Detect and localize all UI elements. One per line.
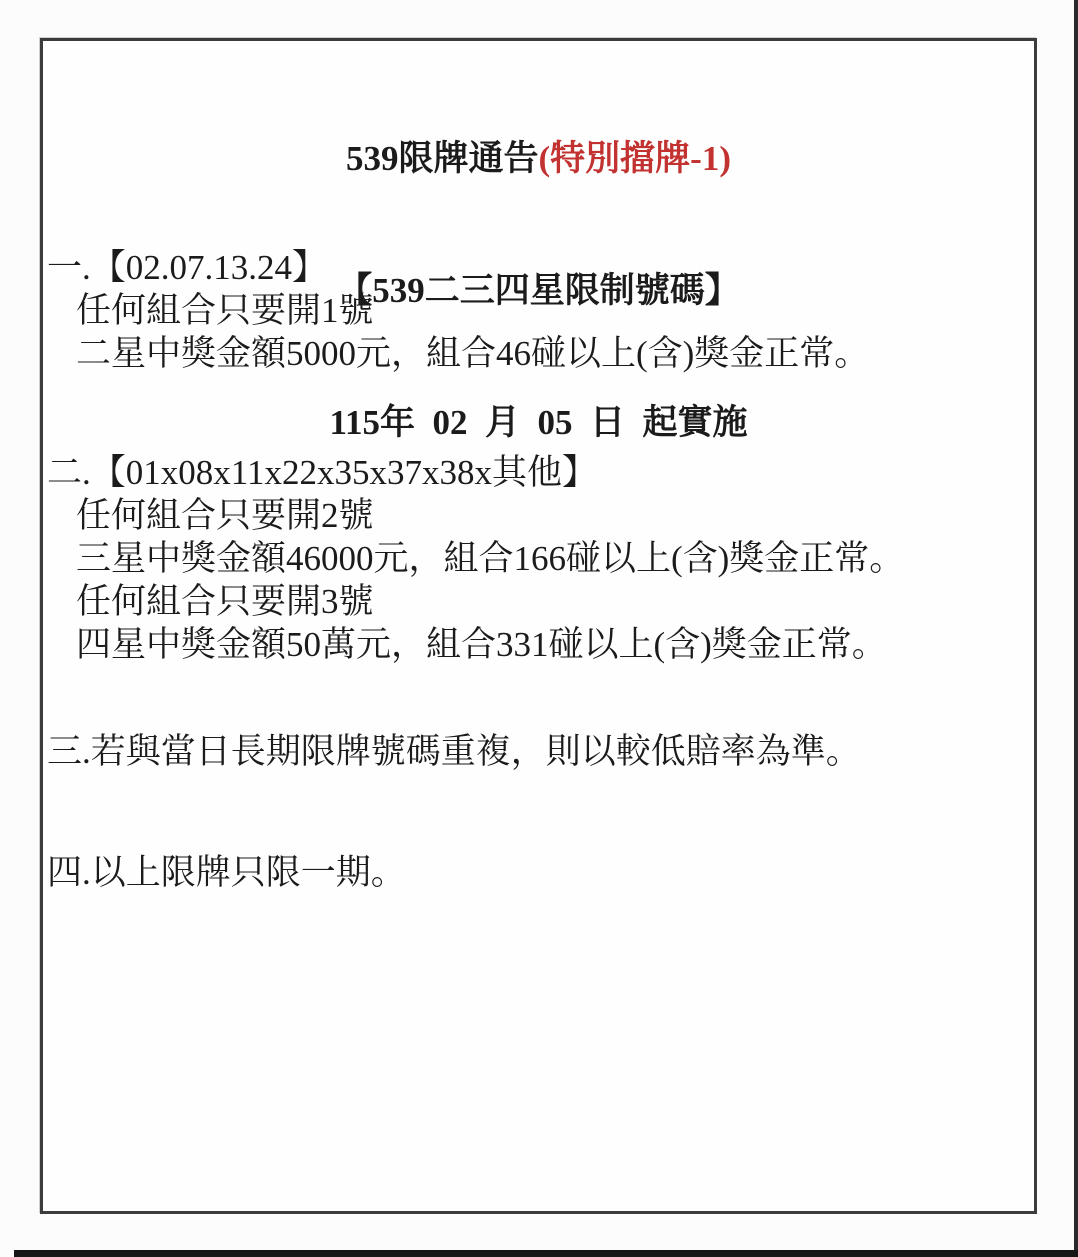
section-2-number: 二. xyxy=(47,453,91,492)
section-4-number: 四. xyxy=(47,853,91,892)
section-1: 一.【02.07.13.24】 任何組合只要開1號 二星中獎金額5000元，組合… xyxy=(47,246,869,375)
section-1-line-1: 任何組合只要開1號 xyxy=(47,289,869,332)
section-4: 四.以上限牌只限一期。 xyxy=(47,851,406,894)
scanned-notice-page: 539限牌通告(特別擋牌-1) 【539二三四星限制號碼】 115年 02 月 … xyxy=(0,0,1078,1257)
section-2-heading: 二.【01x08x11x22x35x37x38x其他】 xyxy=(47,451,904,494)
photo-edge-right xyxy=(1074,0,1078,1257)
section-1-line-2: 二星中獎金額5000元，組合46碰以上(含)獎金正常。 xyxy=(47,332,869,375)
section-2-line-4: 四星中獎金額50萬元，組合331碰以上(含)獎金正常。 xyxy=(47,623,904,666)
document-border-frame: 539限牌通告(特別擋牌-1) 【539二三四星限制號碼】 115年 02 月 … xyxy=(40,38,1037,1214)
section-2-numbers-group: 【01x08x11x22x35x37x38x其他】 xyxy=(91,453,597,492)
notice-title-special-tag: (特別擋牌-1) xyxy=(539,139,731,178)
section-2-line-2: 三星中獎金額46000元，組合166碰以上(含)獎金正常。 xyxy=(47,537,904,580)
section-4-text: 以上限牌只限一期。 xyxy=(91,853,406,892)
section-2-line-1: 任何組合只要開2號 xyxy=(47,494,904,537)
section-3-text: 若與當日長期限牌號碼重複，則以較低賠率為準。 xyxy=(91,732,861,771)
section-2: 二.【01x08x11x22x35x37x38x其他】 任何組合只要開2號 三星… xyxy=(47,451,904,666)
section-1-numbers-group: 【02.07.13.24】 xyxy=(91,248,327,287)
notice-title: 539限牌通告(特別擋牌-1) xyxy=(43,137,1034,181)
section-3-number: 三. xyxy=(47,732,91,771)
section-2-line-3: 任何組合只要開3號 xyxy=(47,580,904,623)
section-1-number: 一. xyxy=(47,248,91,287)
notice-effective-date: 115年 02 月 05 日 起實施 xyxy=(43,401,1034,445)
section-1-heading: 一.【02.07.13.24】 xyxy=(47,246,869,289)
notice-title-main: 539限牌通告 xyxy=(346,139,539,178)
section-3: 三.若與當日長期限牌號碼重複，則以較低賠率為準。 xyxy=(47,730,861,773)
photo-edge-bottom xyxy=(14,1250,1078,1257)
